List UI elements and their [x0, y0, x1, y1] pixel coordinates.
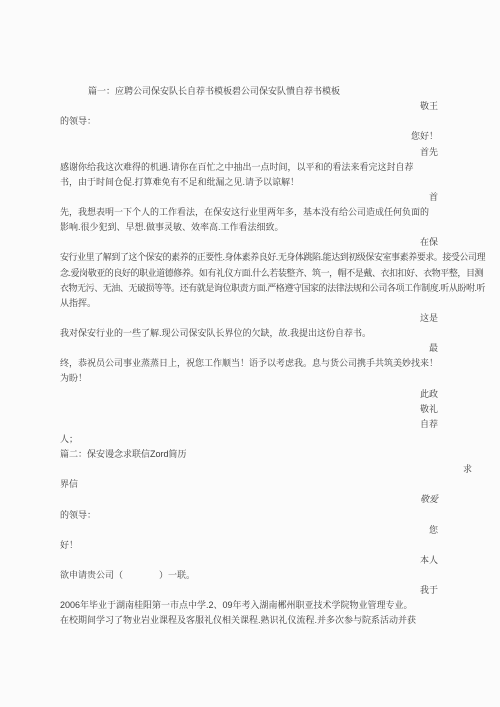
document-line: 在校期间学习了物业岩业课程及客服礼仪相关课程.熟识礼仪流程.并多次参与院系活动并… [60, 613, 438, 628]
document-line: 安行业里了解到了这个保安的素养的正要性.身体素养良好.无身体跳陷.能达到初级保安… [60, 250, 438, 265]
document-line: 我于 [60, 583, 438, 598]
document-line: 感谢你给我这次难得的机遇.请你在百忙之中抽出一点时间，以平和的看法来看完这封自荐 [60, 160, 438, 175]
document-line: 本人 [60, 553, 438, 568]
document-line: 首 [60, 190, 438, 205]
document-line: 求 [60, 462, 472, 477]
document-line: 影响.很少犯到、早想.做事灵敏、效率高.工作看法细致。 [60, 220, 438, 235]
document-page: 篇一：应聘公司保安队长自荐书模板碧公司保安队憒自荐书模板敬王的领导：您好！首先感… [0, 0, 500, 707]
document-line: 在保 [60, 235, 438, 250]
document-line: 您 [60, 523, 438, 538]
document-line: 首先 [60, 145, 438, 160]
document-line: 您好！ [60, 129, 438, 144]
document-line: 这是 [60, 311, 438, 326]
document-line: 自荐 [60, 417, 438, 432]
document-line: 2006年毕业于湖南桂阳第一市点中学.2、09年考入湖南郴州职亚技术学院物业管理… [60, 598, 438, 613]
document-line: 此政 [60, 387, 438, 402]
document-line: 好！ [60, 538, 438, 553]
document-line: 篇一：应聘公司保安队长自荐书模板碧公司保安队憒自荐书模板 [60, 84, 438, 99]
document-line: 从指挥。 [60, 296, 438, 311]
document-line: 念.爱岗敬亚的良好的职业道德修养。如有礼仪方面.什么若装整齐、筑一，帽不是戴、衣… [60, 266, 438, 281]
document-body: 篇一：应聘公司保安队长自荐书模板碧公司保安队憒自荐书模板敬王的领导：您好！首先感… [60, 84, 438, 629]
document-line: 终，恭祝员公司事业蒸蒸日上，祝您工作顺当！语予以考虑我。息与货公司携手共筑美妙找… [60, 356, 438, 371]
document-line: 书，由于时间仓促.打算难免有不足和纰漏之见.请予以谅解！ [60, 175, 438, 190]
document-line: 衣物无污、无油、无破损等等。还有就是询位职责方面.严格遵守国家的法律法规和公司各… [60, 281, 438, 296]
document-line: 界信 [60, 477, 438, 492]
document-line: 敬礼 [60, 402, 438, 417]
document-line: 敬王 [60, 99, 438, 114]
document-line: 欲申请贵公司（ ）一联。 [60, 568, 438, 583]
document-line: 为盼！ [60, 371, 438, 386]
document-line: 人； [60, 432, 438, 447]
document-line: 篇二：保安谩念求联信Zord简历 [60, 447, 438, 462]
document-line: 最 [60, 341, 438, 356]
document-line: 的领导： [60, 114, 438, 129]
document-line: 我对保安行业的一些了解.现公司保安队长界位的欠缺，故.我提出这份自荐书。 [60, 326, 438, 341]
document-line: 敬爱 [60, 492, 438, 507]
document-line: 的领导： [60, 508, 438, 523]
document-line: 先，我想表明一下个人的工作看法，在保安这行业里两年多，基本没有给公司造成任何负面… [60, 205, 438, 220]
